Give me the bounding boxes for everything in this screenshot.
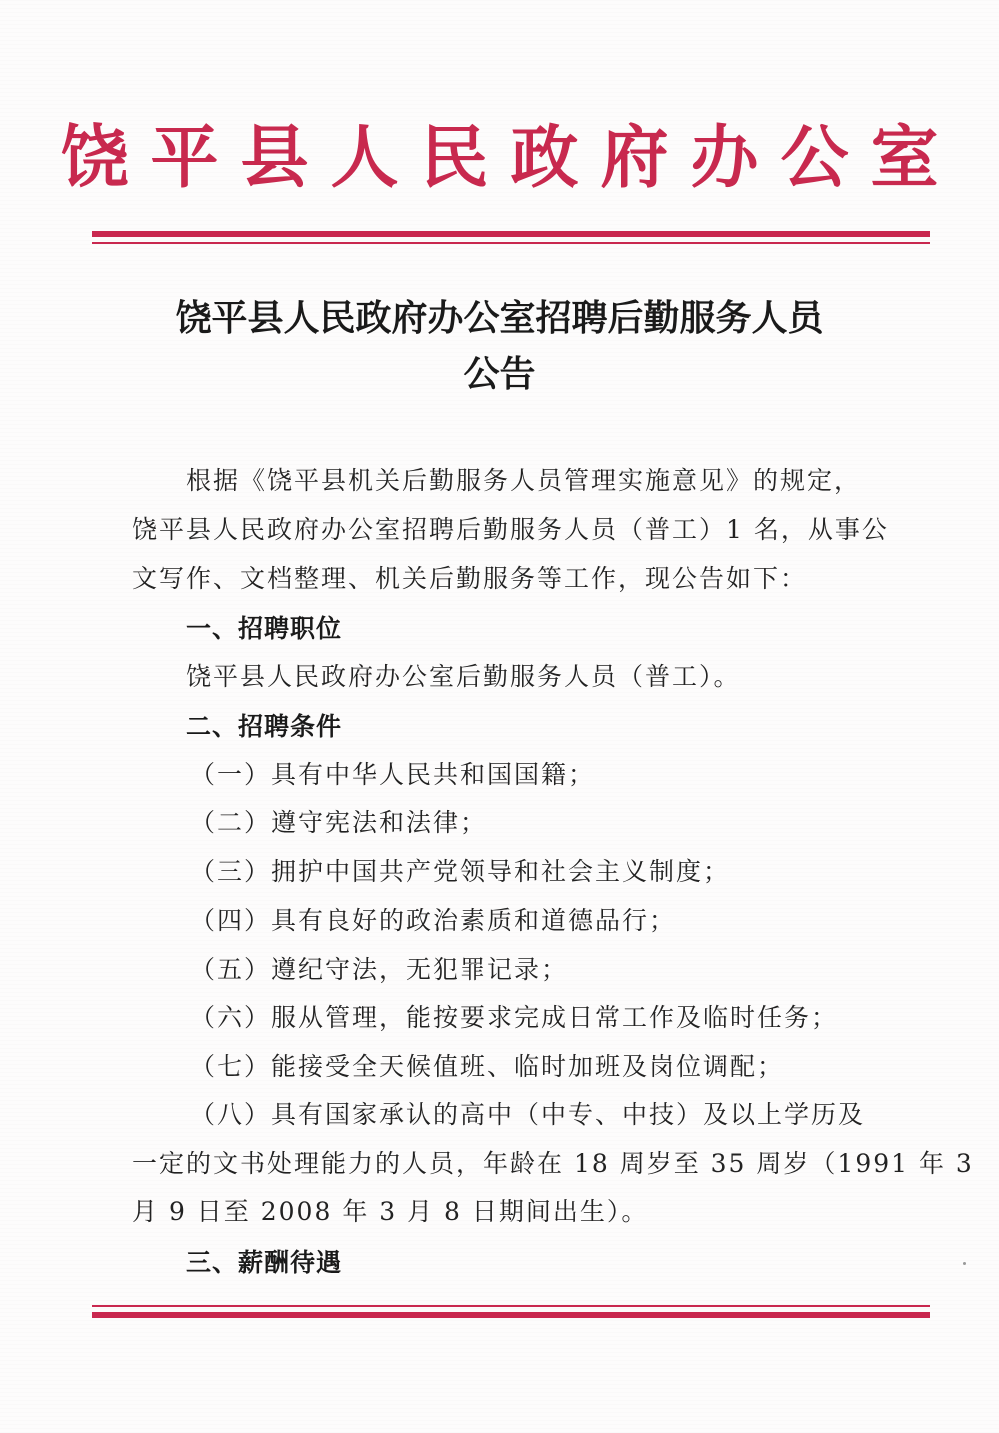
intro-paragraph-line: 根据《饶平县机关后勤服务人员管理实施意见》的规定， — [186, 466, 946, 496]
footer-rule-thin — [92, 1305, 930, 1307]
condition-item-8-continued: 月 9 日至 2008 年 3 月 8 日期间出生）。 — [132, 1197, 892, 1227]
intro-paragraph-line: 文写作、文档整理、机关后勤服务等工作，现公告如下： — [132, 564, 892, 594]
condition-item-8-continued: 一定的文书处理能力的人员，年龄在 18 周岁至 35 周岁（1991 年 3 — [132, 1149, 892, 1179]
condition-item: （一）具有中华人民共和国国籍； — [190, 760, 950, 790]
section-heading-conditions: 二、招聘条件 — [186, 712, 946, 742]
section-heading-salary: 三、薪酬待遇 — [186, 1248, 946, 1278]
condition-item: （二）遵守宪法和法律； — [190, 808, 950, 838]
section-body-position: 饶平县人民政府办公室后勤服务人员（普工）。 — [186, 662, 946, 692]
condition-item: （七）能接受全天候值班、临时加班及岗位调配； — [190, 1052, 950, 1082]
section-heading-position: 一、招聘职位 — [186, 614, 946, 644]
condition-item: （六）服从管理，能按要求完成日常工作及临时任务； — [190, 1003, 950, 1033]
condition-item: （五）遵纪守法，无犯罪记录； — [190, 955, 950, 985]
scan-speck — [963, 1262, 966, 1265]
footer-rule-thick — [92, 1312, 930, 1318]
letterhead-rule-thick — [92, 231, 930, 237]
document-page: 饶平县人民政府办公室 饶平县人民政府办公室招聘后勤服务人员 公告 根据《饶平县机… — [0, 0, 999, 1433]
document-title: 饶平县人民政府办公室招聘后勤服务人员 — [0, 290, 999, 341]
letterhead-rule-thin — [92, 242, 930, 244]
condition-item-8: （八）具有国家承认的高中（中专、中技）及以上学历及 — [190, 1100, 950, 1130]
intro-paragraph-line: 饶平县人民政府办公室招聘后勤服务人员（普工）1 名，从事公 — [132, 515, 892, 545]
document-title-line2: 公告 — [0, 346, 999, 397]
condition-item: （三）拥护中国共产党领导和社会主义制度； — [190, 857, 950, 887]
letterhead-org-name: 饶平县人民政府办公室 — [0, 118, 999, 198]
condition-item: （四）具有良好的政治素质和道德品行； — [190, 906, 950, 936]
